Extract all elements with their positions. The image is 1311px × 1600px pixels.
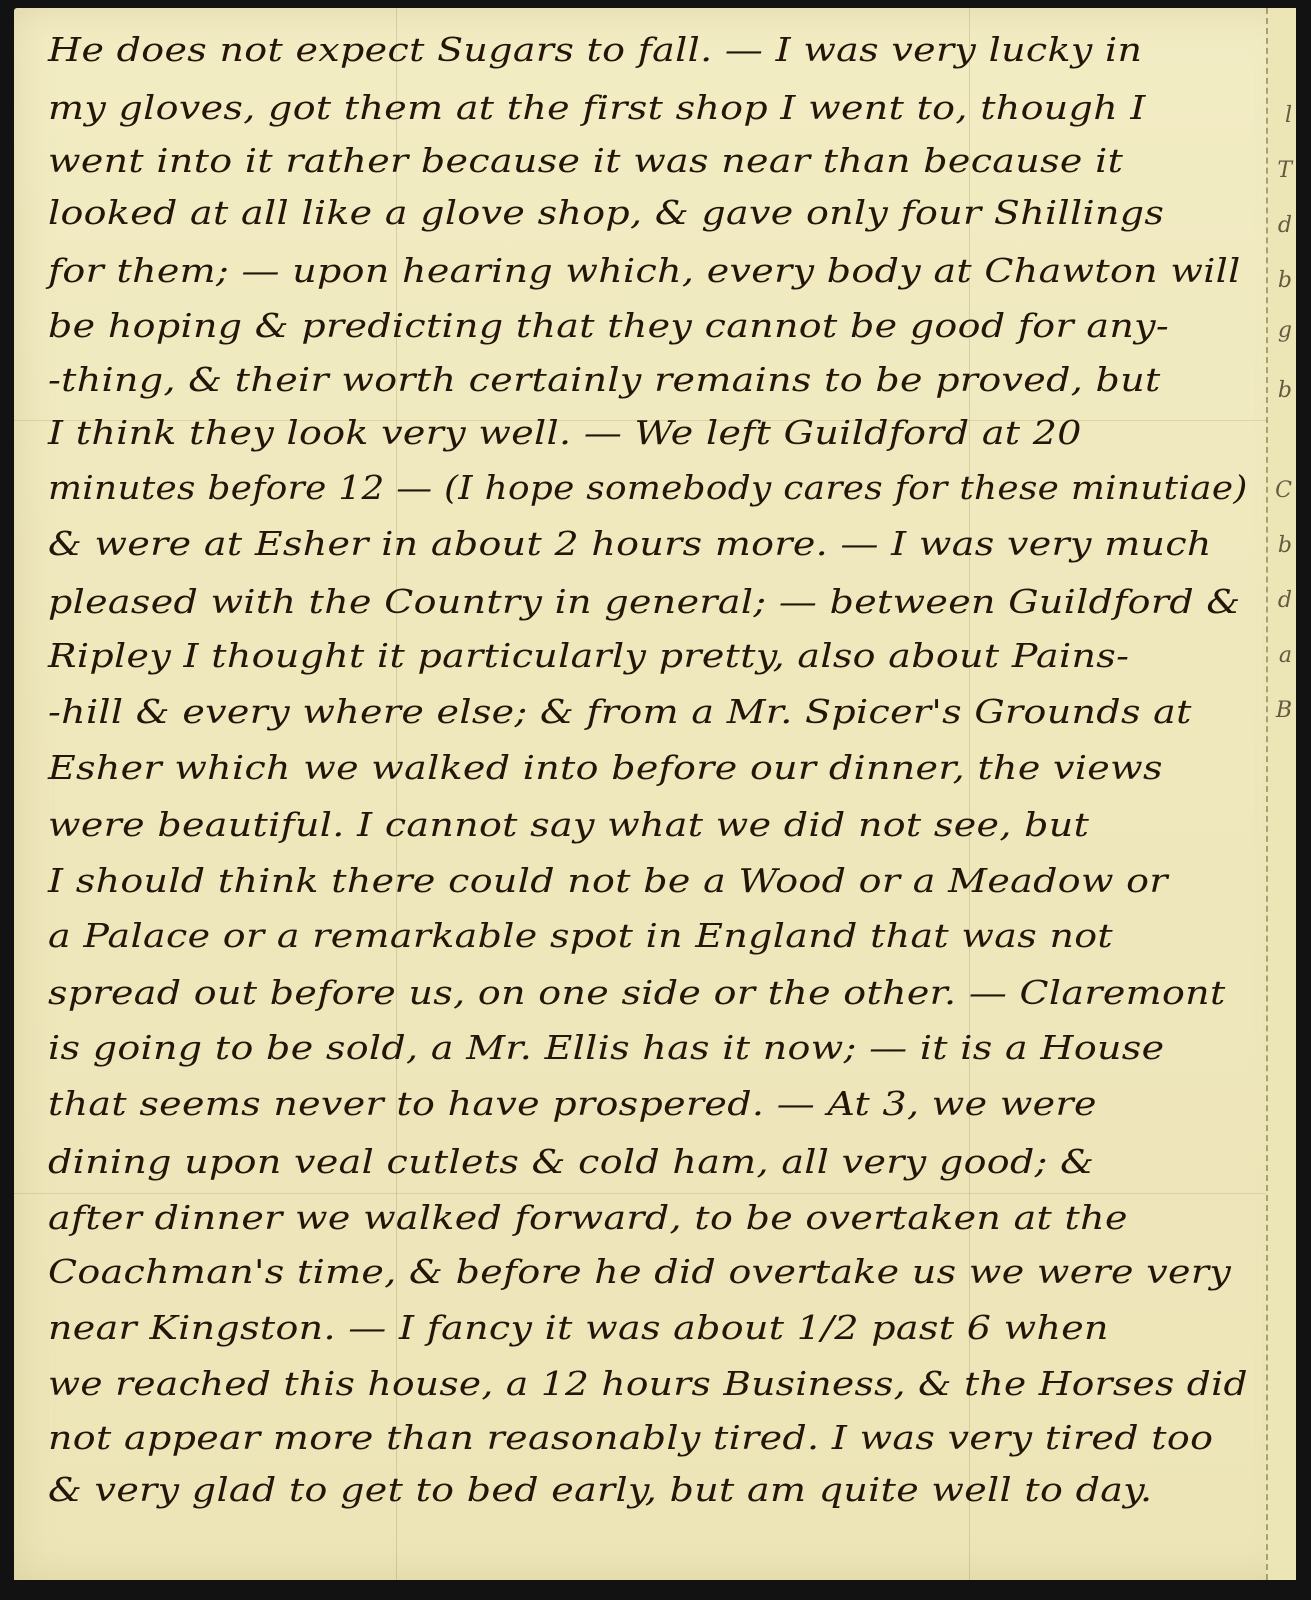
margin-fragment: a (1279, 643, 1292, 668)
handwritten-line: & were at Esher in about 2 hours more. —… (48, 524, 1212, 563)
handwritten-line: minutes before 12 — (I hope somebody car… (48, 468, 1248, 507)
handwritten-line: near Kingston. — I fancy it was about 1/… (48, 1308, 1109, 1347)
handwritten-line: & very glad to get to bed early, but am … (48, 1470, 1152, 1509)
margin-fragment: C (1275, 478, 1292, 503)
adjacent-page-edge: l T d b g b C b d a B (1266, 8, 1296, 1580)
handwritten-line: went into it rather because it was near … (48, 141, 1123, 180)
handwritten-line: after dinner we walked forward, to be ov… (48, 1198, 1128, 1237)
handwritten-line: pleased with the Country in general; — b… (48, 582, 1241, 621)
handwritten-line: Esher which we walked into before our di… (48, 748, 1163, 787)
handwritten-line: Coachman's time, & before he did overtak… (48, 1252, 1231, 1291)
handwritten-line: Ripley I thought it particularly pretty,… (48, 636, 1129, 675)
margin-fragment: b (1278, 378, 1292, 403)
handwritten-line: we reached this house, a 12 hours Busine… (48, 1364, 1248, 1403)
handwritten-line: be hoping & predicting that they cannot … (48, 306, 1169, 345)
fold-crease (14, 1193, 1296, 1194)
handwritten-line: were beautiful. I cannot say what we did… (48, 805, 1089, 844)
handwritten-line: He does not expect Sugars to fall. — I w… (48, 30, 1142, 69)
handwritten-line: not appear more than reasonably tired. I… (48, 1418, 1213, 1457)
handwritten-line: -thing, & their worth certainly remains … (48, 360, 1161, 399)
margin-fragment: b (1278, 268, 1292, 293)
margin-fragment: b (1278, 533, 1292, 558)
handwritten-line: that seems never to have prospered. — At… (48, 1084, 1097, 1123)
handwritten-line: for them; — upon hearing which, every bo… (48, 251, 1241, 290)
handwritten-line: -hill & every where else; & from a Mr. S… (48, 692, 1192, 731)
margin-fragment: d (1278, 588, 1292, 613)
handwritten-line: a Palace or a remarkable spot in England… (48, 916, 1113, 955)
letter-page: l T d b g b C b d a B He does not expect… (14, 8, 1296, 1580)
margin-fragment: T (1277, 158, 1292, 183)
handwritten-line: my gloves, got them at the first shop I … (48, 88, 1146, 127)
handwritten-line: dining upon veal cutlets & cold ham, all… (48, 1142, 1094, 1181)
handwritten-line: spread out before us, on one side or the… (48, 973, 1226, 1012)
handwritten-line: I should think there could not be a Wood… (48, 861, 1168, 900)
margin-fragment: l (1285, 103, 1292, 128)
handwritten-line: looked at all like a glove shop, & gave … (48, 193, 1164, 232)
margin-fragment: B (1276, 698, 1292, 723)
margin-fragment: d (1278, 213, 1292, 238)
handwritten-line: I think they look very well. — We left G… (48, 413, 1082, 452)
margin-fragment: g (1278, 318, 1292, 343)
handwritten-line: is going to be sold, a Mr. Ellis has it … (48, 1028, 1164, 1067)
